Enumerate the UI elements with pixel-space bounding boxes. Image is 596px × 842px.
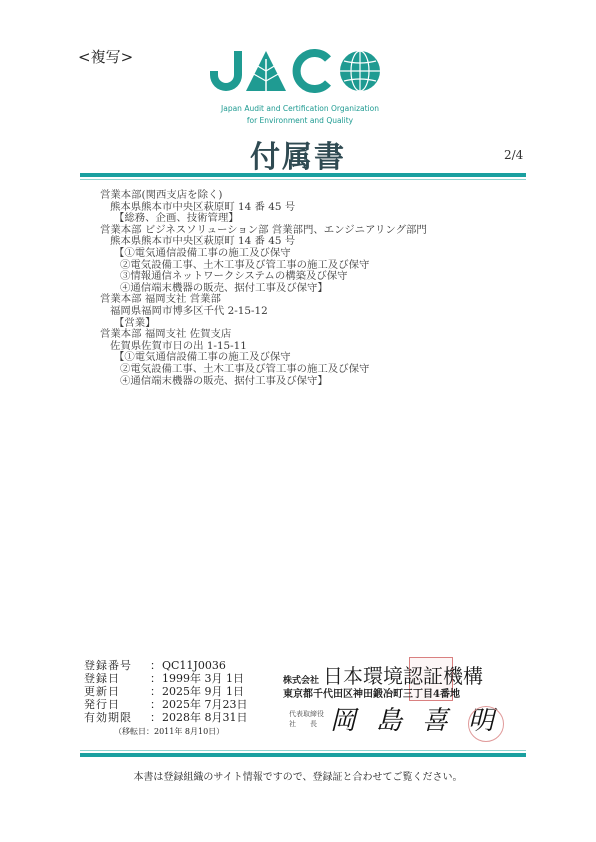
registration-row: 有効期限 ： 2028年 8月31日 bbox=[84, 711, 248, 724]
renewal-date-label: 更新日 bbox=[84, 685, 150, 698]
scope-line: 営業本部(関西支店を除く) bbox=[100, 190, 427, 202]
colon: ： bbox=[150, 711, 162, 724]
bottom-divider bbox=[80, 750, 526, 757]
registration-row: 発行日 ： 2025年 7月23日 bbox=[84, 698, 248, 711]
registration-number-label: 登録番号 bbox=[84, 659, 150, 672]
scope-line: ③情報通信ネットワークシステムの構築及び保守 bbox=[100, 271, 427, 283]
logo-org-subtitle: for Environment and Quality bbox=[170, 116, 430, 125]
issuer-address: 東京都千代田区神田鍛冶町三丁目4番地 bbox=[283, 685, 460, 700]
issue-date-label: 発行日 bbox=[84, 698, 150, 711]
transfer-date-note: （移転日：2011年 8月10日） bbox=[84, 725, 248, 738]
renewal-date-value: 2025年 9月 1日 bbox=[162, 685, 244, 698]
scope-list: 営業本部(関西支店を除く) 熊本県熊本市中央区萩原町 14 番 45 号 【総務… bbox=[100, 190, 427, 387]
jaco-logo bbox=[208, 49, 388, 93]
rep-title-line1: 代表取締役 bbox=[289, 709, 324, 719]
registration-row: 更新日 ： 2025年 9月 1日 bbox=[84, 685, 248, 698]
scope-line: 福岡県福岡市博多区千代 2-15-12 bbox=[100, 306, 427, 318]
registration-number-value: QC11J0036 bbox=[162, 659, 226, 672]
scope-line: 【①電気通信設備工事の施工及び保守 bbox=[100, 248, 427, 260]
scope-line: ②電気設備工事、土木工事及び管工事の施工及び保守 bbox=[100, 364, 427, 376]
logo-org-name: Japan Audit and Certification Organizati… bbox=[170, 104, 430, 113]
registration-date-value: 1999年 3月 1日 bbox=[162, 672, 244, 685]
registration-row: 登録日 ： 1999年 3月 1日 bbox=[84, 672, 248, 685]
colon: ： bbox=[150, 659, 162, 672]
colon: ： bbox=[150, 685, 162, 698]
registration-row: 登録番号 ： QC11J0036 bbox=[84, 659, 248, 672]
page-number: 2/4 bbox=[504, 148, 523, 162]
expiry-date-value: 2028年 8月31日 bbox=[162, 711, 248, 724]
scope-line: ④通信端末機器の販売、据付工事及び保守】 bbox=[100, 376, 427, 388]
issue-date-value: 2025年 7月23日 bbox=[162, 698, 248, 711]
footer-note: 本書は登録組織のサイト情報ですので、登録証と合わせてご覧ください。 bbox=[0, 768, 596, 783]
expiry-date-label: 有効期限 bbox=[84, 711, 150, 724]
colon: ： bbox=[150, 698, 162, 711]
top-divider bbox=[80, 173, 526, 180]
registration-date-label: 登録日 bbox=[84, 672, 150, 685]
personal-seal-stamp bbox=[468, 706, 504, 742]
registration-info: 登録番号 ： QC11J0036 登録日 ： 1999年 3月 1日 更新日 ：… bbox=[84, 659, 248, 738]
colon: ： bbox=[150, 672, 162, 685]
rep-title-line2: 社 長 bbox=[289, 719, 324, 729]
copy-mark: <複写> bbox=[78, 46, 133, 67]
representative-title: 代表取締役 社 長 bbox=[289, 709, 324, 729]
scope-line: 営業本部 福岡支社 佐賀支店 bbox=[100, 329, 427, 341]
